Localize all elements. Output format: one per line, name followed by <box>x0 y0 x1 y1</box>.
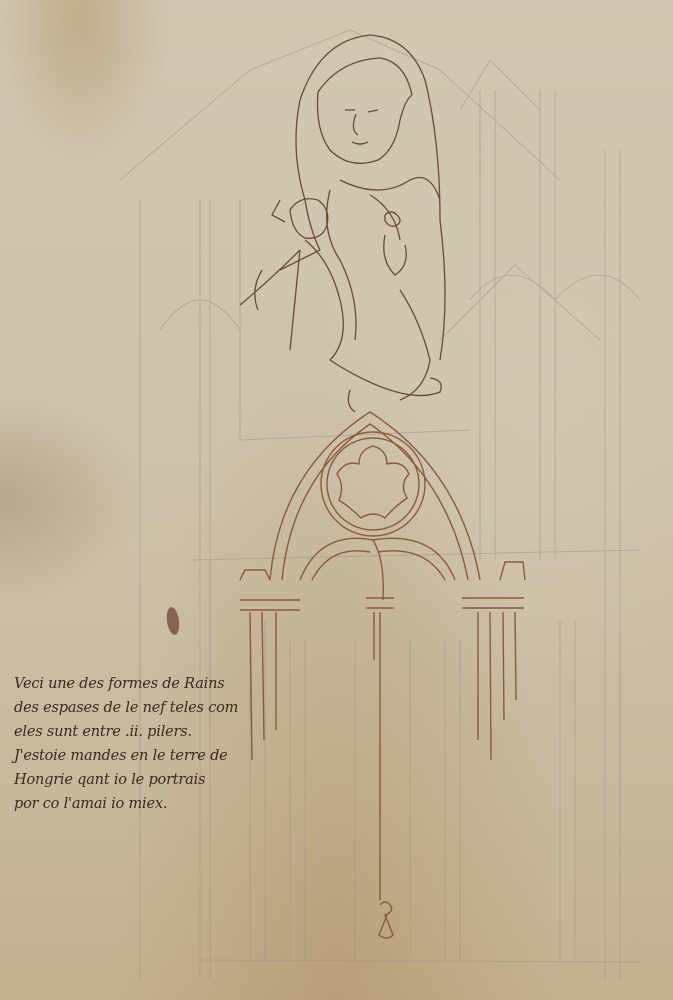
christ-child-figure <box>240 199 441 412</box>
ink-drawing <box>0 0 673 1000</box>
caption-line: por co l'amai io miex. <box>14 792 264 816</box>
manuscript-page: Veci une des formes de Rains des espases… <box>0 0 673 1000</box>
caption-line: Veci une des formes de Rains <box>14 672 264 696</box>
caption-line: J'estoie mandes en le terre de <box>14 744 264 768</box>
manuscript-caption: Veci une des formes de Rains des espases… <box>14 672 264 816</box>
caption-line: eles sunt entre .ii. pilers. <box>14 720 264 744</box>
window-tracery <box>240 412 525 938</box>
caption-line: Hongrie qant io le portrais <box>14 768 264 792</box>
caption-line: des espases de le nef teles com <box>14 696 264 720</box>
virgin-figure <box>280 35 445 400</box>
